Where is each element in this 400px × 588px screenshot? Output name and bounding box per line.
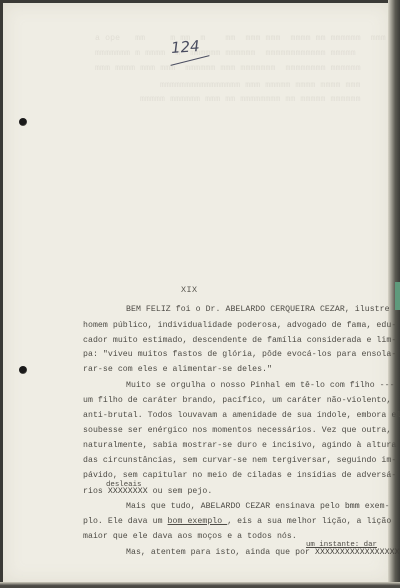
text-line: rar-se com eles e alimentar-se deles.": [83, 365, 272, 374]
handwritten-page-number: 124: [170, 37, 200, 57]
underlined-text: bom exemplo: [168, 517, 228, 526]
text-line: homem público, individualidade poderosa,…: [83, 321, 396, 330]
bleed-through-text: mmmmmmm m mmmm m mmmmmm mmmmmm mmmmmmmmm…: [80, 49, 356, 58]
text-line: pávido, sem capitular no meio de ciladas…: [83, 471, 396, 480]
chapter-heading: XIX: [181, 285, 198, 295]
text-line: anti-brutal. Todos louvavam a amenidade …: [83, 411, 400, 420]
text-line: pa: "viveu muitos fastos de glória, pôde…: [83, 350, 396, 359]
text-segment: plo. Ele dava um: [83, 517, 168, 526]
text-segment: rios: [83, 487, 108, 496]
bleed-through-text: mmmmmmmmmmmmmmmm mmm mmmmm mmmm mmmm mmm: [160, 81, 361, 90]
punch-hole-icon: [19, 118, 27, 126]
struck-out-text: bmm: [345, 502, 360, 511]
text-segment: Mais que tudo, ABELARDO CEZAR ensinava p…: [126, 502, 345, 511]
text-line: naturalmente, sabia mostrar-se duro e in…: [83, 441, 396, 450]
text-line: cador muito estimado, descendente de fam…: [83, 336, 396, 345]
text-line: plo. Ele dava um bom exemplo , eis a sua…: [83, 517, 391, 526]
text-segment: exem-: [360, 502, 390, 511]
text-segment: Mas, atentem para isto, ainda que por: [126, 548, 315, 557]
page-bottom-edge: [0, 582, 400, 588]
text-line: rios XXXXXXXX ou sem pejo.: [83, 487, 212, 496]
bleed-through-text: mmmmm mmmmmm mmm mm mmmmmmmm mm mmmmm mm…: [140, 95, 361, 104]
text-line: um filho de caráter brando, pacífico, um…: [83, 396, 391, 405]
bleed-through-text: a ope mm m mm m mm mmm mmm mmmm mm mmmmm…: [80, 34, 386, 43]
text-line: Muito se orgulha o nosso Pinhal em tê-lo…: [126, 381, 395, 390]
bleed-through-text: mmm mmmm mmm mmm mmmmmm mmm mmmmmmm mmmm…: [80, 64, 361, 73]
text-line: Mas, atentem para isto, ainda que por XX…: [126, 548, 400, 557]
text-line: BEM FELIZ foi o Dr. ABELARDO CERQUEIRA C…: [126, 305, 390, 314]
color-tab-marker: [395, 282, 400, 310]
text-segment: , eis a sua melhor lição, a lição: [227, 517, 391, 526]
text-line: Mais que tudo, ABELARDO CEZAR ensinava p…: [126, 502, 390, 511]
struck-out-text: XXXXXXXXXXXXXXXXXxx: [315, 548, 400, 557]
struck-out-text: XXXXXXXX: [108, 487, 148, 496]
text-segment: ou sem pejo.: [148, 487, 213, 496]
text-line: maior que ele dava aos moços e a todos n…: [83, 532, 297, 541]
punch-hole-icon: [19, 366, 27, 374]
text-line: soubesse ser enérgico nos momentos neces…: [83, 426, 391, 435]
text-line: das circunstâncias, sem curvar-se nem te…: [83, 456, 396, 465]
